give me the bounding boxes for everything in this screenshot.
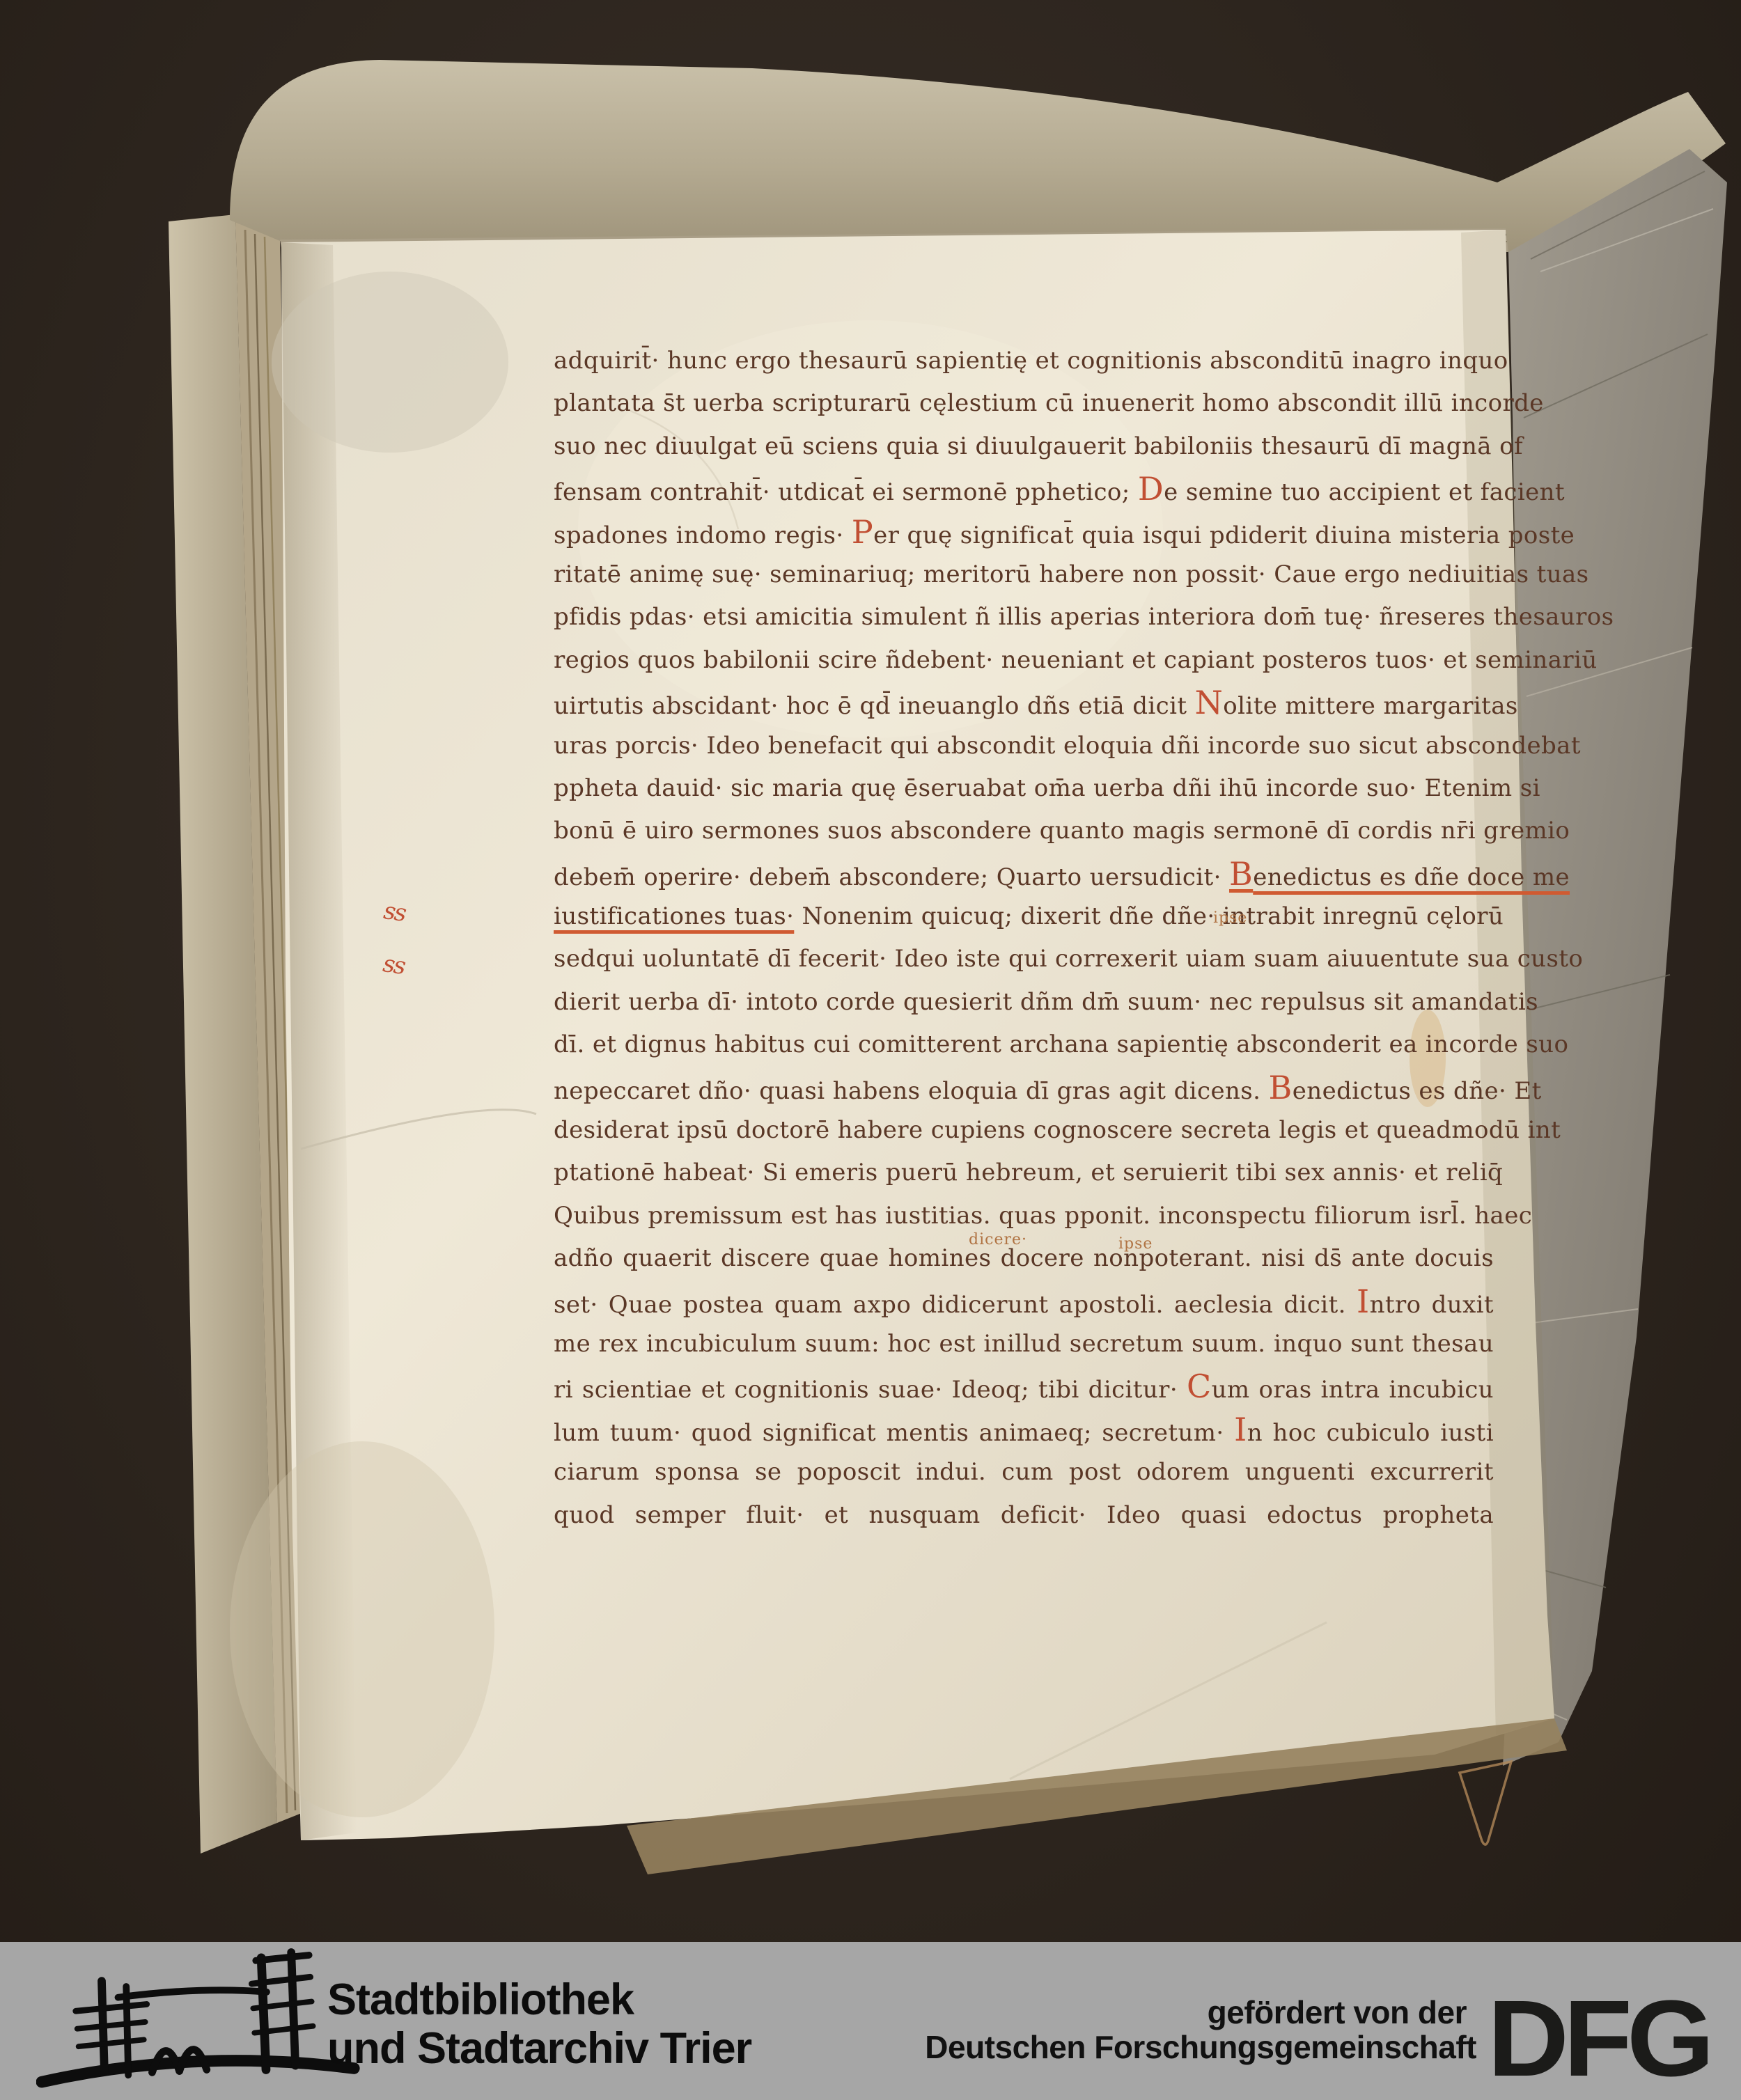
manuscript-line: uras porcis· Ideo benefacit qui abscondi… [554, 725, 1494, 767]
funding-credit-line1: gefördert von der [925, 1995, 1476, 2030]
manuscript-line: iustificationes tuas· Nonenim quicuq; di… [554, 895, 1494, 938]
manuscript-line: sedqui uoluntatē dī fecerit· Ideo iste q… [554, 938, 1494, 980]
manuscript-line: dī. et dignus habitus cui comitterent ar… [554, 1024, 1494, 1066]
manuscript-line: ri scientiae et cognitionis suae· Ideoq;… [554, 1365, 1494, 1408]
manuscript-line: ptationē habeat· Si emeris puerū hebreum… [554, 1152, 1494, 1194]
manuscript-line: dierit uerba dī· intoto corde quesierit … [554, 981, 1494, 1024]
library-name-line1: Stadtbibliothek [327, 1975, 751, 2024]
funding-credit: gefördert von der Deutschen Forschungsge… [925, 1995, 1476, 2064]
manuscript-line: lum tuum· quod significat mentis animaeq… [554, 1409, 1494, 1451]
manuscript-line: plantata s̄t uerba scripturarū cęlestium… [554, 382, 1494, 425]
manuscript-line: Quibus premissum est has iustitias. quas… [554, 1195, 1494, 1237]
manuscript-line: nepeccaret dño· quasi habens eloquia dī … [554, 1067, 1494, 1109]
manuscript-line: ritatē animę suę· seminariuq; meritorū h… [554, 554, 1494, 596]
manuscript-line: adño quaerit discere quae homines docere… [554, 1237, 1494, 1280]
funding-credit-line2: Deutschen Forschungsgemeinschaft [925, 2030, 1476, 2064]
manuscript-line: quod semper fluit· et nusquam deficit· I… [554, 1494, 1494, 1537]
manuscript-line: spadones indomo regis· Per quę significa… [554, 511, 1494, 554]
manuscript-line: fensam contrahit̄· utdicat̄ ei sermonē p… [554, 468, 1494, 510]
manuscript-line: me rex incubiculum suum: hoc est inillud… [554, 1323, 1494, 1365]
photo-canvas: adquirit̄· hunc ergo thesaurū sapientię … [0, 0, 1741, 2100]
manuscript-text-block: adquirit̄· hunc ergo thesaurū sapientię … [554, 340, 1494, 1537]
manuscript-line: adquirit̄· hunc ergo thesaurū sapientię … [554, 340, 1494, 382]
manuscript-line: desiderat ipsū doctorē habere cupiens co… [554, 1109, 1494, 1152]
manuscript-line: pfidis pdas· etsi amicitia simulent ñ il… [554, 596, 1494, 638]
library-name: Stadtbibliothek und Stadtarchiv Trier [327, 1975, 751, 2073]
manuscript-line: ciarum sponsa se poposcit indui. cum pos… [554, 1451, 1494, 1494]
page-triangle-mark [1460, 1762, 1511, 1844]
manuscript-line: ppheta dauid· sic maria quę ēseruabat om… [554, 767, 1494, 810]
manuscript-line: bonū ē uiro sermones suos abscondere qua… [554, 810, 1494, 852]
footer-bar: Stadtbibliothek und Stadtarchiv Trier ge… [0, 1942, 1741, 2100]
book-cover-top [230, 60, 1726, 252]
manuscript-line: set· Quae postea quam axpo didicerunt ap… [554, 1280, 1494, 1323]
manuscript-line: regios quos babilonii scire ñdebent· neu… [554, 639, 1494, 682]
porta-nigra-logo-icon [36, 1946, 364, 2092]
manuscript-line: suo nec diuulgat eū sciens quia si diuul… [554, 425, 1494, 468]
manuscript-line: uirtutis abscidant· hoc ē qd̄ ineuanglo … [554, 682, 1494, 724]
manuscript-line: debem̄ operire· debem̄ abscondere; Quart… [554, 853, 1494, 895]
dfg-logo: DFG [1488, 1992, 1709, 2085]
library-name-line2: und Stadtarchiv Trier [327, 2024, 751, 2073]
